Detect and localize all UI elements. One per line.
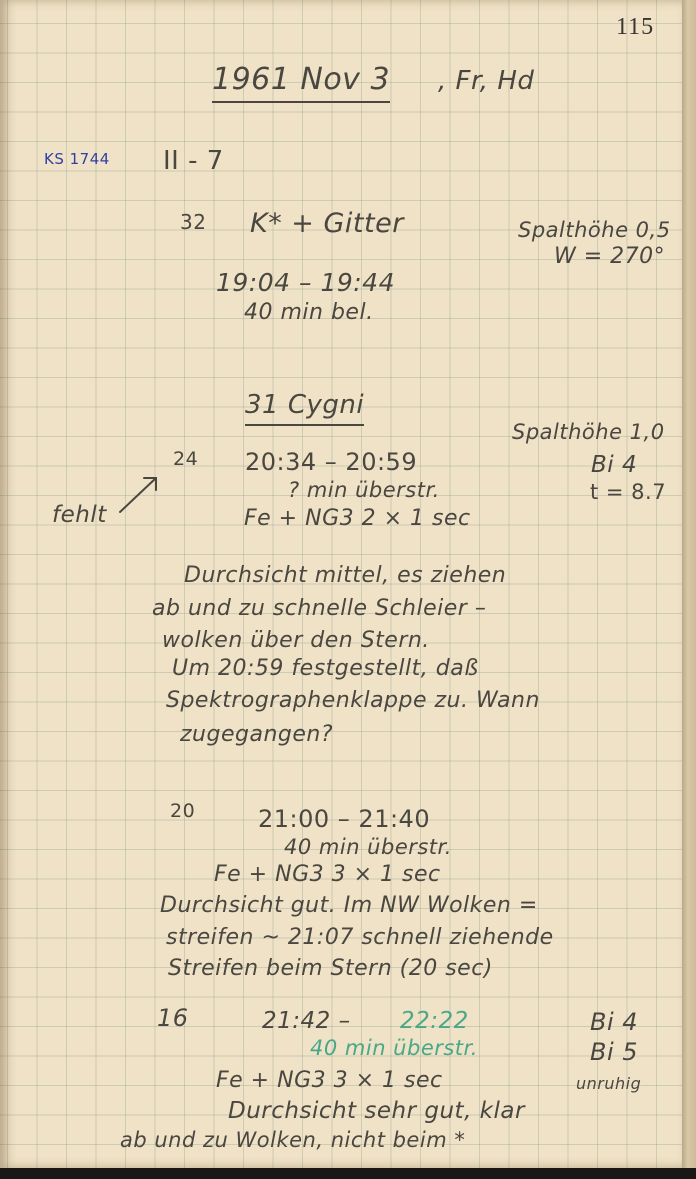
entry-number: 16 (157, 1004, 189, 1032)
side-note: Bi 4 (590, 1008, 638, 1036)
side-note: Bi 5 (590, 1038, 638, 1066)
side-note: W = 270° (554, 244, 665, 269)
entry-time: 21:00 – 21:40 (258, 805, 430, 833)
entry-number: 24 (173, 448, 198, 470)
remark-line: wolken über den Stern. (162, 628, 430, 653)
entry-exposure: ? min überstr. (288, 478, 440, 502)
side-note: Bi 4 (591, 452, 637, 478)
entry-time-start: 21:42 – (262, 1008, 351, 1034)
entry-time: 19:04 – 19:44 (216, 268, 395, 297)
comparison-exposure: Fe + NG3 3 × 1 sec (216, 1068, 443, 1093)
side-note: Spalthöhe 0,5 (518, 218, 671, 242)
remark-line: Streifen beim Stern (20 sec) (168, 956, 493, 981)
arrow-icon (116, 470, 166, 516)
entry-exposure: 40 min überstr. (310, 1036, 478, 1060)
date-heading: 1961 Nov 3 (212, 62, 390, 103)
remark-line: streifen ~ 21:07 schnell ziehende (166, 925, 554, 950)
entry-title: K* + Gitter (250, 208, 404, 239)
remark-line: zugegangen? (180, 722, 333, 747)
entry-time: 20:34 – 20:59 (245, 448, 417, 476)
side-note: t = 8.7 (590, 480, 666, 504)
entry-time-end: 22:22 (400, 1008, 469, 1034)
plate-series: II - 7 (163, 146, 224, 176)
remark-line: Durchsicht sehr gut, klar (228, 1098, 525, 1124)
object-heading: 31 Cygni (245, 390, 364, 426)
remark-line: Durchsicht gut. Im NW Wolken = (160, 893, 538, 918)
remark-line: Spektrographenklappe zu. Wann (166, 688, 540, 713)
catalog-reference: KS 1744 (44, 150, 110, 168)
page-number: 115 (616, 14, 654, 41)
margin-note: fehlt (52, 502, 107, 528)
entry-exposure: 40 min überstr. (284, 835, 452, 859)
entry-exposure: 40 min bel. (244, 300, 374, 325)
remark-line: ab und zu schnelle Schleier – (152, 596, 486, 621)
page-edge (682, 0, 696, 1168)
notebook-page: 115 1961 Nov 3 , Fr, Hd KS 1744 II - 7 3… (0, 0, 682, 1168)
comparison-exposure: Fe + NG3 3 × 1 sec (214, 862, 441, 887)
scan-border (0, 1168, 696, 1179)
remark-line: ab und zu Wolken, nicht beim * (120, 1128, 465, 1152)
entry-number: 32 (180, 210, 206, 234)
side-note: unruhig (576, 1074, 641, 1093)
entry-number: 20 (170, 800, 195, 822)
side-note: Spalthöhe 1,0 (512, 420, 665, 444)
remark-line: Um 20:59 festgestellt, daß (172, 656, 479, 681)
date-suffix: , Fr, Hd (438, 66, 534, 96)
comparison-exposure: Fe + NG3 2 × 1 sec (244, 506, 471, 531)
remark-line: Durchsicht mittel, es ziehen (184, 563, 506, 588)
